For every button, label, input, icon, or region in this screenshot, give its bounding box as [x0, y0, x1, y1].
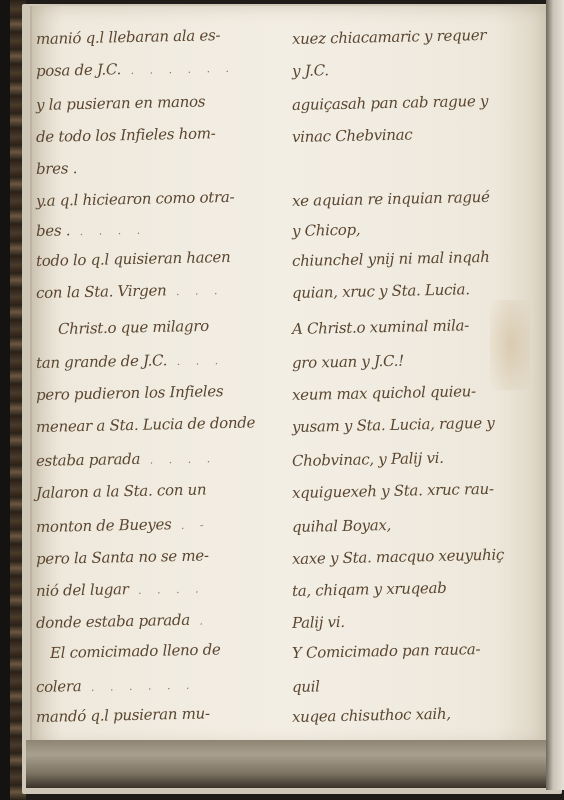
line-filler-dots: . . . . — [128, 582, 204, 597]
line-text: Jalaron a la Sta. con un — [36, 480, 207, 502]
line-text: monton de Bueyes — [36, 515, 172, 536]
line-filler-dots: . - — [171, 518, 209, 532]
line-text: posa de J.C. — [36, 60, 121, 80]
line-text: xe aquian re inquian ragué — [292, 188, 490, 210]
manuscript-line: Christ.o que milagro — [58, 317, 209, 338]
line-text: aguiçasah pan cab rague y — [292, 92, 488, 114]
manuscript-line: xuez chiacamaric y requer — [292, 26, 487, 48]
line-filler-dots: . . . — [166, 284, 223, 298]
manuscript-line: Jalaron a la Sta. con un — [36, 480, 207, 502]
line-text: xquiguexeh y Sta. xruc rau- — [292, 480, 494, 502]
text-columns: manió q.l llebaran ala es-posa de J.C. .… — [36, 24, 536, 724]
line-text: quian, xruc y Sta. Lucia. — [292, 280, 470, 302]
manuscript-line: con la Sta. Virgen . . . — [36, 280, 224, 302]
line-text: xuqea chisuthoc xaih, — [292, 705, 451, 726]
manuscript-line: tan grande de J.C. . . . — [36, 350, 225, 372]
manuscript-line: y.a q.l hiciearon como otra- — [36, 188, 235, 210]
manuscript-line: yusam y Sta. Lucia, rague y — [292, 414, 495, 436]
line-text: menear a Sta. Lucia de donde — [36, 413, 256, 436]
line-text: vinac Chebvinac — [292, 125, 413, 146]
line-text: tan grande de J.C. — [36, 351, 168, 372]
line-text: donde estaba parada — [36, 611, 190, 632]
line-text: colera — [36, 677, 82, 696]
binding-edge — [0, 0, 10, 800]
manuscript-line: Palij vi. — [292, 613, 345, 632]
manuscript-line: colera . . . . . . — [36, 675, 196, 696]
line-filler-dots: . . . . . . — [81, 679, 195, 694]
line-filler-dots: . . . — [167, 354, 224, 368]
manuscript-line: Chobvinac, y Palij vi. — [292, 449, 444, 470]
line-text: bres . — [36, 159, 77, 178]
line-text: Chobvinac, y Palij vi. — [292, 449, 444, 470]
line-text: y.a q.l hiciearon como otra- — [36, 188, 235, 210]
line-filler-dots: . . . . — [140, 452, 216, 467]
manuscript-line: y J.C. — [292, 61, 329, 80]
manuscript-line: pero la Santa no se me- — [36, 546, 209, 568]
line-text: xuez chiacamaric y requer — [292, 26, 487, 48]
manuscript-line: donde estaba parada . — [36, 610, 209, 632]
manuscript-line: quil — [292, 677, 320, 696]
manuscript-line: todo lo q.l quisieran hacen — [36, 248, 231, 270]
manuscript-line: Y Comicimado pan rauca- — [292, 640, 481, 662]
manuscript-line: ta, chiqam y xruqeab — [292, 579, 447, 600]
manuscript-line: chiunchel ynij ni mal inqah — [292, 248, 490, 270]
line-text: quihal Boyax, — [292, 516, 391, 536]
manuscript-line: monton de Bueyes . - — [36, 514, 210, 536]
line-filler-dots: . — [190, 614, 209, 627]
manuscript-line: xquiguexeh y Sta. xruc rau- — [292, 480, 494, 502]
manuscript-line: menear a Sta. Lucia de donde — [36, 413, 256, 436]
line-text: y J.C. — [292, 61, 329, 80]
manuscript-line: xe aquian re inquian ragué — [292, 188, 490, 210]
line-text: quil — [292, 677, 320, 696]
line-text: y la pusieran en manos — [36, 92, 206, 114]
manuscript-line: gro xuan y J.C.! — [292, 352, 404, 372]
manuscript-line: bes . . . . . — [36, 220, 147, 240]
line-filler-dots: . . . . . . — [121, 62, 235, 77]
manuscript-line: posa de J.C. . . . . . . — [36, 58, 235, 80]
manuscript-line: nió del lugar . . . . — [36, 578, 205, 600]
manuscript-line: quian, xruc y Sta. Lucia. — [292, 280, 470, 302]
line-text: chiunchel ynij ni mal inqah — [292, 248, 490, 270]
manuscript-line: mandó q.l pusieran mu- — [36, 704, 210, 726]
manuscript-line: estaba parada . . . . — [36, 448, 216, 470]
manuscript-line: aguiçasah pan cab rague y — [292, 92, 488, 114]
manuscript-line: A Christ.o xuminal mila- — [292, 316, 469, 338]
line-text: A Christ.o xuminal mila- — [292, 316, 469, 338]
manuscript-line: xaxe y Sta. macquo xeuyuhiç — [292, 546, 504, 568]
manuscript-line: pero pudieron los Infieles — [36, 382, 224, 404]
line-text: gro xuan y J.C.! — [292, 352, 404, 372]
line-text: Y Comicimado pan rauca- — [292, 640, 481, 662]
line-text: estaba parada — [36, 450, 141, 470]
manuscript-line: xeum max quichol quieu- — [292, 382, 476, 404]
manuscript-line: El comicimado lleno de — [50, 640, 221, 662]
line-text: manió q.l llebaran ala es- — [36, 26, 221, 48]
line-text: pero pudieron los Infieles — [36, 382, 224, 404]
line-text: de todo los Infieles hom- — [36, 124, 216, 146]
line-text: El comicimado lleno de — [50, 640, 221, 662]
line-text: pero la Santa no se me- — [36, 546, 209, 568]
manuscript-line: quihal Boyax, — [292, 516, 391, 536]
line-text: yusam y Sta. Lucia, rague y — [292, 414, 495, 436]
line-text: con la Sta. Virgen — [36, 281, 167, 302]
manuscript-line: y Chicop, — [292, 221, 361, 240]
line-text: Palij vi. — [292, 613, 345, 632]
manuscript-line: vinac Chebvinac — [292, 125, 413, 146]
page-right-edge — [546, 0, 564, 790]
line-text: bes . — [36, 221, 71, 240]
line-text: y Chicop, — [292, 221, 361, 240]
manuscript-line: de todo los Infieles hom- — [36, 124, 216, 146]
manuscript-line: y la pusieran en manos — [36, 92, 206, 114]
manuscript-line: xuqea chisuthoc xaih, — [292, 705, 451, 726]
line-text: todo lo q.l quisieran hacen — [36, 248, 231, 270]
line-filler-dots: . . . . — [70, 224, 146, 239]
line-text: Christ.o que milagro — [58, 317, 209, 338]
page-bottom-edges — [26, 740, 546, 788]
line-text: nió del lugar — [36, 580, 129, 600]
line-text: xaxe y Sta. macquo xeuyuhiç — [292, 546, 504, 568]
line-text: xeum max quichol quieu- — [292, 382, 476, 404]
manuscript-line: manió q.l llebaran ala es- — [36, 26, 221, 48]
manuscript-line: bres . — [36, 159, 77, 178]
line-text: ta, chiqam y xruqeab — [292, 579, 447, 600]
line-text: mandó q.l pusieran mu- — [36, 704, 210, 726]
